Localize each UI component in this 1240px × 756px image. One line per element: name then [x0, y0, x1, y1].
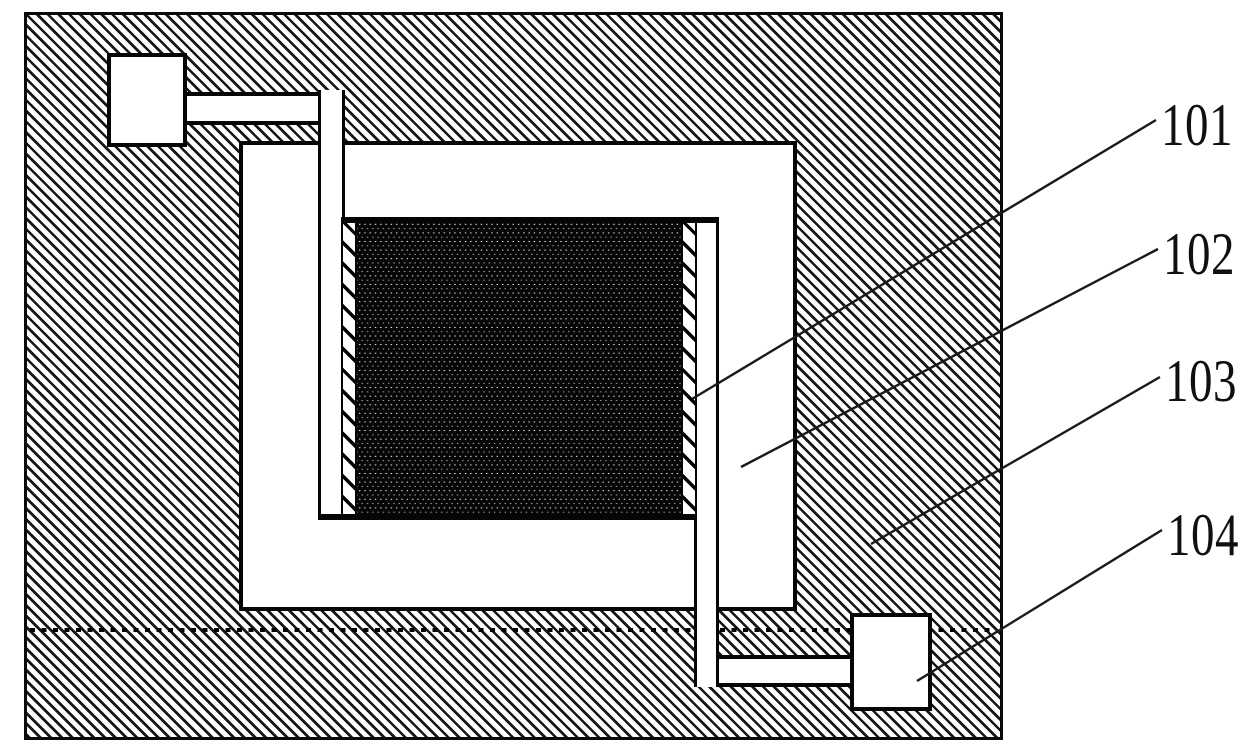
- figure-label-104: 104: [1167, 506, 1239, 566]
- left-electrode-strip: [341, 221, 355, 516]
- central-film-square: [355, 220, 683, 517]
- bottom-conductor-trace-horizontal: [716, 655, 858, 687]
- bond-pad-bottom-right: [850, 613, 932, 711]
- patent-figure: 101102103104: [0, 0, 1240, 756]
- bond-pad-top-left: [107, 53, 187, 147]
- figure-label-103: 103: [1165, 352, 1237, 412]
- figure-label-101: 101: [1161, 96, 1233, 156]
- right-trace-left-border: [694, 520, 697, 687]
- right-electrode-strip: [683, 221, 697, 516]
- film-bottom-border: [318, 514, 697, 520]
- figure-label-102: 102: [1163, 225, 1235, 285]
- right-conductor-trace-vertical: [697, 219, 719, 687]
- film-top-border: [341, 217, 719, 223]
